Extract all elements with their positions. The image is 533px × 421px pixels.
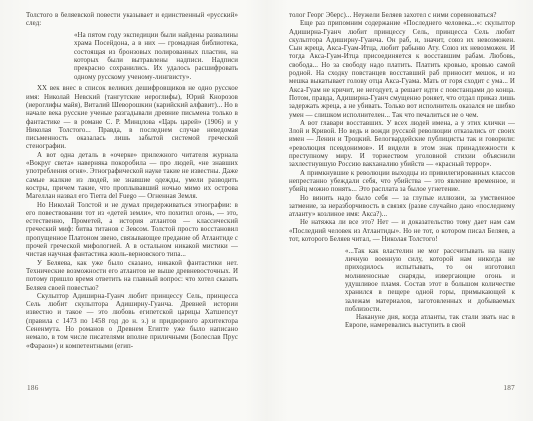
block-quote: «...Так как властелин не мог рассчитыват… <box>345 248 515 314</box>
paragraph: А вот главари восставших. У всех людей и… <box>289 120 515 170</box>
paragraph: толог Георг Эберс)... Неужели Беляев зах… <box>289 12 515 20</box>
block-quote: «На пятом году экспедиции были найдены р… <box>74 32 238 82</box>
left-page: Толстого в беляевской повести указывает … <box>26 12 238 380</box>
book-spread: Толстого в беляевской повести указывает … <box>0 0 533 421</box>
paragraph: Еще раз припомним содержание «Последнего… <box>289 20 515 120</box>
paragraph: Скульптор Адиширна-Гуанч любит принцессу… <box>26 293 238 351</box>
page-number-right: 187 <box>289 384 515 392</box>
paragraph: Но винить надо было себя — за глупые илл… <box>289 195 515 220</box>
paragraph: Не натяжка ли все это? Нет — и доказател… <box>289 219 515 244</box>
paragraph: XX век внес в список великих дешифровщик… <box>26 85 238 151</box>
block-quote: Накануне дня, когда атланты, так стали з… <box>345 314 515 331</box>
paragraph: Но Николай Толстой и не думал придержива… <box>26 202 238 260</box>
paragraph: У Беляева, как уже было сказано, никакой… <box>26 260 238 293</box>
right-page: толог Георг Эберс)... Неужели Беляев зах… <box>289 12 515 380</box>
paragraph: А вот одна деталь в «очерке» прилежного … <box>26 152 238 202</box>
paragraph: Толстого в беляевской повести указывает … <box>26 12 238 29</box>
page-number-left: 186 <box>27 384 39 392</box>
paragraph: А примкнувшие к революции выходцы из при… <box>289 170 515 195</box>
